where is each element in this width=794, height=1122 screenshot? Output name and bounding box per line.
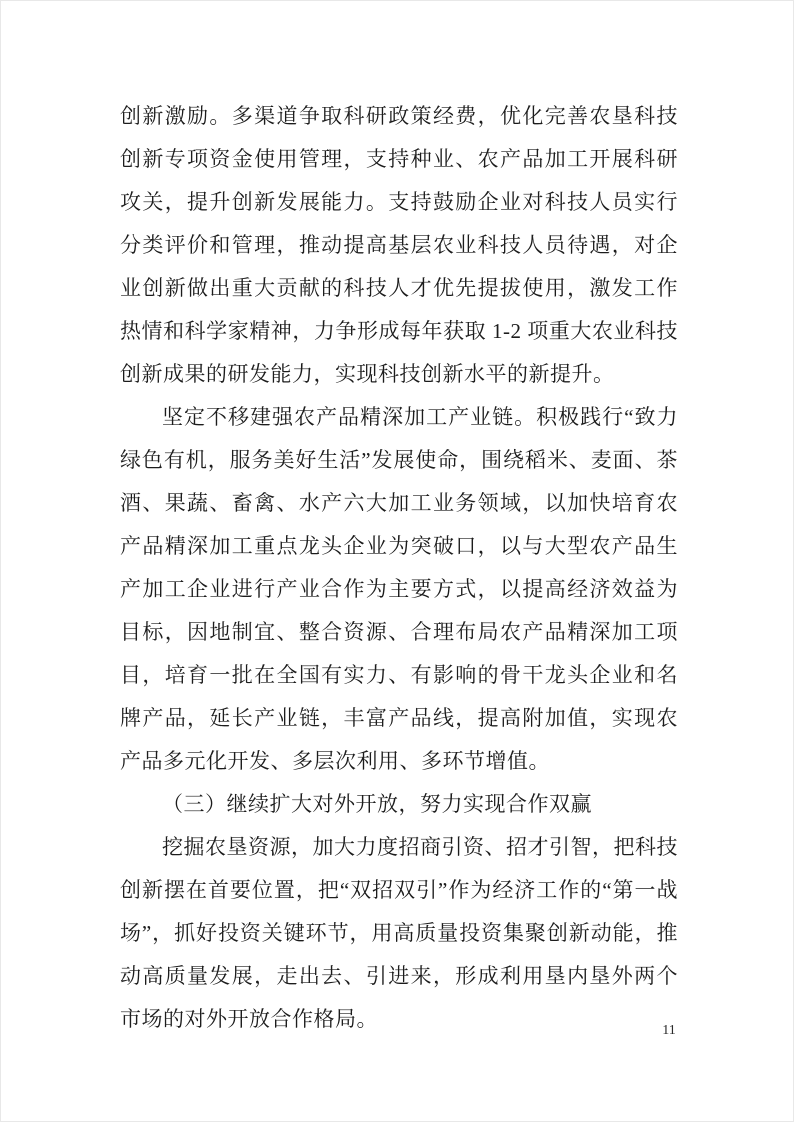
page-number: 11 (656, 1022, 682, 1040)
paragraph-investment-attraction: 挖掘农垦资源，加大力度招商引资、招才引智，把科技创新摆在首要位置，把“双招双引”… (120, 826, 678, 1041)
paragraph-science-innovation: 创新激励。多渠道争取科研政策经费，优化完善农垦科技创新专项资金使用管理，支持种业… (120, 95, 678, 396)
document-body: 创新激励。多渠道争取科研政策经费，优化完善农垦科技创新专项资金使用管理，支持种业… (120, 95, 678, 1041)
section-heading-expand-opening-up: （三）继续扩大对外开放，努力实现合作双赢 (120, 783, 678, 826)
paragraph-agri-deep-processing: 坚定不移建强农产品精深加工产业链。积极践行“致力绿色有机，服务美好生活”发展使命… (120, 396, 678, 783)
document-page: 创新激励。多渠道争取科研政策经费，优化完善农垦科技创新专项资金使用管理，支持种业… (0, 0, 794, 1122)
